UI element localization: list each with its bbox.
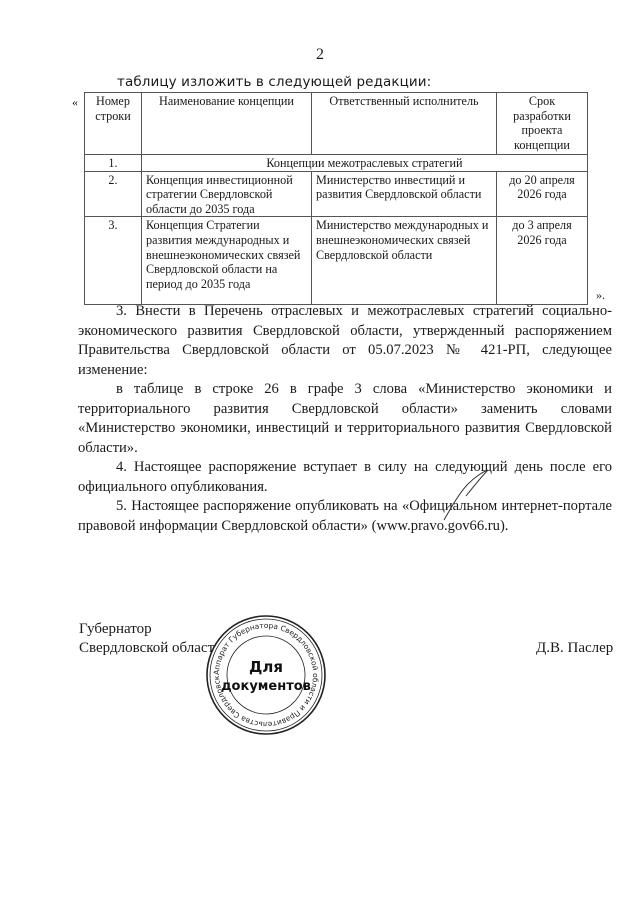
row-number: 2. xyxy=(85,171,142,217)
paragraph-4: 4. Настоящее распоряжение вступает в сил… xyxy=(78,458,612,497)
deadline: до 3 апреля 2026 года xyxy=(497,217,588,305)
quote-close: ». xyxy=(596,288,605,303)
table-row: 1. Концепции межотраслевых стратегий xyxy=(85,155,588,172)
signatory-name: Д.В. Паслер xyxy=(536,640,613,657)
row-number: 3. xyxy=(85,217,142,305)
deadline: до 20 апреля 2026 года xyxy=(497,171,588,217)
quote-open: « xyxy=(72,95,78,110)
signatory-title-line1: Губернатор xyxy=(79,620,222,639)
table-row: 3. Концепция Стратегии развития междунар… xyxy=(85,217,588,305)
paragraph-5: 5. Настоящее распоряжение опубликовать н… xyxy=(78,497,612,536)
concepts-table: Номер строки Наименование концепции Отве… xyxy=(84,92,588,305)
seal-center-line2: документов xyxy=(221,679,311,694)
executor: Министерство инвестиций и развития Сверд… xyxy=(312,171,497,217)
paragraph-3: 3. Внести в Перечень отраслевых и межотр… xyxy=(78,302,612,380)
intro-line: таблицу изложить в следующей редакции: xyxy=(117,74,431,90)
paragraph-3-block: 3. Внести в Перечень отраслевых и межотр… xyxy=(78,302,612,536)
concept-name: Концепция инвестиционной стратегии Сверд… xyxy=(142,171,312,217)
row-number: 1. xyxy=(85,155,142,172)
paragraph-3-sub: в таблице в строке 26 в графе 3 слова «М… xyxy=(78,380,612,458)
table-row: 2. Концепция инвестиционной стратегии Св… xyxy=(85,171,588,217)
header-concept-name: Наименование концепции xyxy=(142,93,312,155)
header-row-number: Номер строки xyxy=(85,93,142,155)
signatory-title: Губернатор Свердловской области xyxy=(79,620,222,658)
section-title: Концепции межотраслевых стратегий xyxy=(142,155,588,172)
seal-center-line1: Для xyxy=(249,658,283,676)
signatory-title-line2: Свердловской области xyxy=(79,639,222,658)
page-number: 2 xyxy=(0,46,640,64)
official-seal-icon: Аппарат Губернатора Свердловской области… xyxy=(205,614,327,736)
header-executor: Ответственный исполнитель xyxy=(312,93,497,155)
header-deadline: Срок разработки проекта концепции xyxy=(497,93,588,155)
table-header-row: Номер строки Наименование концепции Отве… xyxy=(85,93,588,155)
pen-mark-icon xyxy=(438,466,498,526)
executor: Министерство международных и внешнеэконо… xyxy=(312,217,497,305)
concept-name: Концепция Стратегии развития международн… xyxy=(142,217,312,305)
